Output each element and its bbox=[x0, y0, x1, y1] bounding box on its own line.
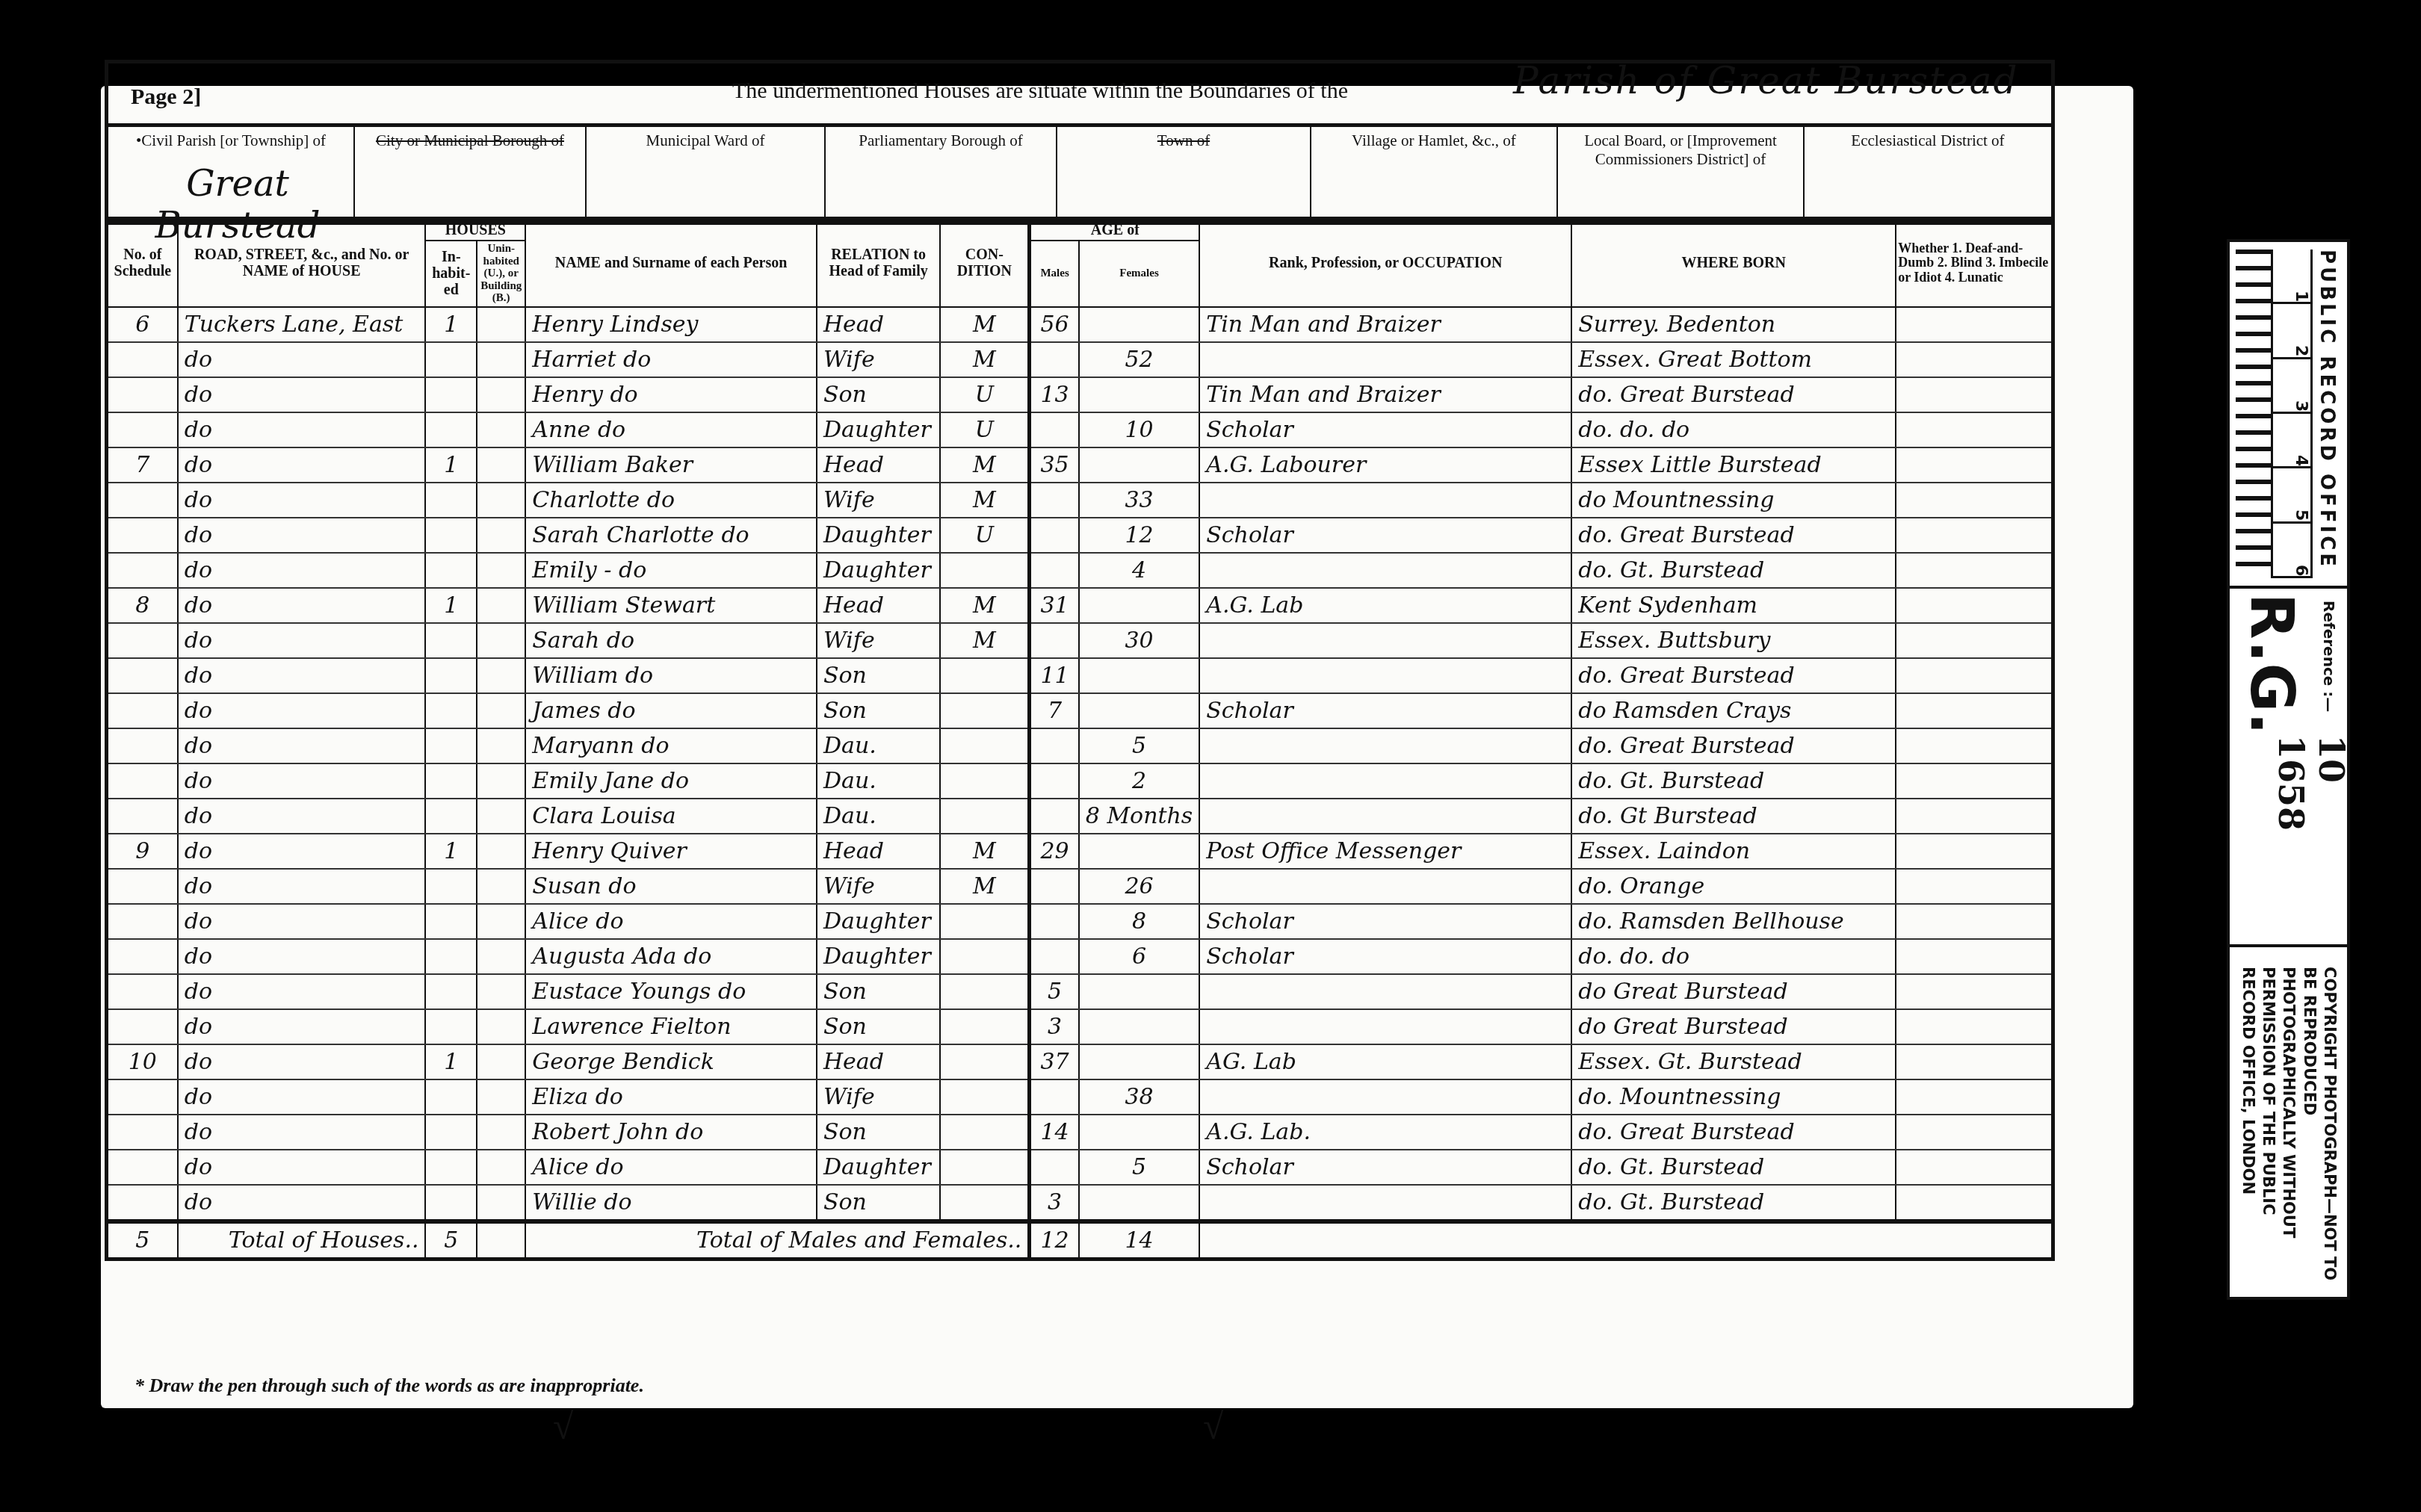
male-age: 35 bbox=[1030, 447, 1079, 483]
col-relation: RELATION to Head of Family bbox=[817, 219, 940, 307]
schedule-number bbox=[107, 799, 178, 834]
road-name: do bbox=[178, 799, 426, 834]
occupation: Scholar bbox=[1199, 1150, 1571, 1185]
uninhabited-count bbox=[477, 869, 525, 904]
person-name: Lawrence Fielton bbox=[525, 1009, 817, 1044]
condition: M bbox=[940, 307, 1030, 342]
road-name: do bbox=[178, 1185, 426, 1221]
road-name: do bbox=[178, 1150, 426, 1185]
uninhabited-count bbox=[477, 763, 525, 799]
female-age: 33 bbox=[1079, 483, 1200, 518]
reference-block: R.G. Reference :— 10 1658 bbox=[2230, 586, 2347, 947]
infirmity bbox=[1896, 1009, 2053, 1044]
occupation: Scholar bbox=[1199, 693, 1571, 728]
relation: Daughter bbox=[817, 412, 940, 447]
local-board-label: Local Board, or [Improvement Commissione… bbox=[1558, 127, 1805, 220]
footnote: * Draw the pen through such of the words… bbox=[134, 1375, 644, 1397]
table-row: doEmily - doDaughter4do. Gt. Burstead bbox=[107, 553, 2053, 588]
person-name: Sarah Charlotte do bbox=[525, 518, 817, 553]
condition bbox=[940, 553, 1030, 588]
ruler-number: 6 bbox=[2273, 524, 2310, 578]
female-age: 5 bbox=[1079, 728, 1200, 763]
road-name: do bbox=[178, 518, 426, 553]
birthplace: Essex. Gt. Burstead bbox=[1571, 1044, 1896, 1079]
inhabited-count bbox=[425, 412, 477, 447]
inhabited-count bbox=[425, 904, 477, 939]
occupation bbox=[1199, 553, 1571, 588]
condition bbox=[940, 939, 1030, 974]
female-age: 4 bbox=[1079, 553, 1200, 588]
uninhabited-count bbox=[477, 1185, 525, 1221]
col-males: Males bbox=[1030, 241, 1079, 307]
uninhabited-count bbox=[477, 1115, 525, 1150]
condition: M bbox=[940, 342, 1030, 377]
male-age: 5 bbox=[1030, 974, 1079, 1009]
reference-series: R.G. bbox=[2237, 593, 2307, 735]
male-age bbox=[1030, 342, 1079, 377]
condition bbox=[940, 904, 1030, 939]
road-name: Tuckers Lane, East bbox=[178, 307, 426, 342]
road-name: do bbox=[178, 974, 426, 1009]
birthplace: Essex Little Burstead bbox=[1571, 447, 1896, 483]
occupation: Tin Man and Braizer bbox=[1199, 307, 1571, 342]
male-age: 3 bbox=[1030, 1185, 1079, 1221]
relation: Daughter bbox=[817, 939, 940, 974]
person-name: Emily Jane do bbox=[525, 763, 817, 799]
female-age: 38 bbox=[1079, 1079, 1200, 1115]
female-age bbox=[1079, 693, 1200, 728]
male-age bbox=[1030, 728, 1079, 763]
copyright-notice: COPYRIGHT PHOTOGRAPH—NOT TO BE REPRODUCE… bbox=[2230, 959, 2347, 1297]
road-name: do bbox=[178, 1009, 426, 1044]
occupation bbox=[1199, 342, 1571, 377]
inhabited-count bbox=[425, 763, 477, 799]
person-name: William Stewart bbox=[525, 588, 817, 623]
female-age: 26 bbox=[1079, 869, 1200, 904]
uninhabited-count bbox=[477, 623, 525, 658]
total-houses-inhabited: 5 bbox=[425, 1221, 477, 1260]
inhabited-count bbox=[425, 939, 477, 974]
table-row: doAnne doDaughterU10Scholardo. do. do bbox=[107, 412, 2053, 447]
uninhabited-count bbox=[477, 939, 525, 974]
inhabited-count bbox=[425, 728, 477, 763]
schedule-number bbox=[107, 869, 178, 904]
occupation: Scholar bbox=[1199, 518, 1571, 553]
col-road: ROAD, STREET, &c., and No. or NAME of HO… bbox=[178, 219, 426, 307]
occupation: Scholar bbox=[1199, 904, 1571, 939]
schedule-number bbox=[107, 939, 178, 974]
person-name: Henry do bbox=[525, 377, 817, 412]
female-age bbox=[1079, 1115, 1200, 1150]
female-age: 12 bbox=[1079, 518, 1200, 553]
total-persons-label: Total of Males and Females.. bbox=[525, 1221, 1030, 1260]
relation: Daughter bbox=[817, 1150, 940, 1185]
civil-parish-label: •Civil Parish [or Township] of bbox=[108, 131, 353, 150]
person-name: Maryann do bbox=[525, 728, 817, 763]
col-where-born: WHERE BORN bbox=[1571, 219, 1896, 307]
col-name: NAME and Surname of each Person bbox=[525, 219, 817, 307]
condition bbox=[940, 974, 1030, 1009]
table-row: doEliza doWife38do. Mountnessing bbox=[107, 1079, 2053, 1115]
relation: Head bbox=[817, 834, 940, 869]
male-age: 29 bbox=[1030, 834, 1079, 869]
occupation bbox=[1199, 1079, 1571, 1115]
birthplace: do. Mountnessing bbox=[1571, 1079, 1896, 1115]
person-name: Henry Quiver bbox=[525, 834, 817, 869]
female-age bbox=[1079, 307, 1200, 342]
table-row: doSarah Charlotte doDaughterU12Scholardo… bbox=[107, 518, 2053, 553]
boundary-caption: The undermentioned Houses are situate wi… bbox=[732, 78, 1348, 104]
condition: U bbox=[940, 412, 1030, 447]
person-name: Charlotte do bbox=[525, 483, 817, 518]
occupation bbox=[1199, 974, 1571, 1009]
ruler-tick-marks bbox=[2236, 250, 2273, 578]
road-name: do bbox=[178, 377, 426, 412]
schedule-number: 7 bbox=[107, 447, 178, 483]
male-age bbox=[1030, 518, 1079, 553]
uninhabited-count bbox=[477, 483, 525, 518]
male-age: 7 bbox=[1030, 693, 1079, 728]
condition: U bbox=[940, 518, 1030, 553]
col-condition: CON-DITION bbox=[940, 219, 1030, 307]
relation: Son bbox=[817, 974, 940, 1009]
schedule-number bbox=[107, 1150, 178, 1185]
uninhabited-count bbox=[477, 799, 525, 834]
schedule-number bbox=[107, 518, 178, 553]
table-row: doHenry doSonU13Tin Man and Braizerdo. G… bbox=[107, 377, 2053, 412]
birthplace: do. Gt. Burstead bbox=[1571, 1150, 1896, 1185]
table-row: doLawrence FieltonSon3do Great Burstead bbox=[107, 1009, 2053, 1044]
road-name: do bbox=[178, 447, 426, 483]
occupation: A.G. Lab. bbox=[1199, 1115, 1571, 1150]
boundary-handwritten: Parish of Great Burstead bbox=[1513, 59, 2019, 102]
condition bbox=[940, 1115, 1030, 1150]
relation: Dau. bbox=[817, 728, 940, 763]
male-age bbox=[1030, 869, 1079, 904]
total-schedules: 5 bbox=[107, 1221, 178, 1260]
total-females: 14 bbox=[1079, 1221, 1200, 1260]
relation: Son bbox=[817, 1185, 940, 1221]
schedule-number: 9 bbox=[107, 834, 178, 869]
infirmity bbox=[1896, 834, 2053, 869]
infirmity bbox=[1896, 447, 2053, 483]
birthplace: Essex. Buttsbury bbox=[1571, 623, 1896, 658]
table-row: doHarriet doWifeM52Essex. Great Bottom bbox=[107, 342, 2053, 377]
relation: Daughter bbox=[817, 518, 940, 553]
condition: M bbox=[940, 588, 1030, 623]
col-houses: HOUSES bbox=[425, 219, 525, 241]
female-age: 10 bbox=[1079, 412, 1200, 447]
schedule-number bbox=[107, 904, 178, 939]
occupation bbox=[1199, 763, 1571, 799]
uninhabited-count bbox=[477, 518, 525, 553]
reference-numbers: 10 1658 bbox=[2271, 735, 2352, 944]
uninhabited-count bbox=[477, 1079, 525, 1115]
infirmity bbox=[1896, 1044, 2053, 1079]
occupation bbox=[1199, 623, 1571, 658]
person-name: Harriet do bbox=[525, 342, 817, 377]
col-inhabited: In-habit-ed bbox=[425, 241, 477, 307]
male-age: 31 bbox=[1030, 588, 1079, 623]
infirmity bbox=[1896, 1079, 2053, 1115]
birthplace: do. Gt. Burstead bbox=[1571, 763, 1896, 799]
person-name: Robert John do bbox=[525, 1115, 817, 1150]
condition bbox=[940, 763, 1030, 799]
infirmity bbox=[1896, 483, 2053, 518]
relation: Wife bbox=[817, 342, 940, 377]
relation: Head bbox=[817, 447, 940, 483]
table-row: doAugusta Ada doDaughter6Scholardo. do. … bbox=[107, 939, 2053, 974]
table-row: doWilliam doSon11do. Great Burstead bbox=[107, 658, 2053, 693]
occupation: Tin Man and Braizer bbox=[1199, 377, 1571, 412]
male-age bbox=[1030, 483, 1079, 518]
uninhabited-count bbox=[477, 342, 525, 377]
uninhabited-count bbox=[477, 1150, 525, 1185]
total-uninhabited bbox=[477, 1221, 525, 1260]
ruler-number: 3 bbox=[2273, 359, 2310, 414]
female-age: 30 bbox=[1079, 623, 1200, 658]
male-age bbox=[1030, 763, 1079, 799]
birthplace: do. Great Burstead bbox=[1571, 658, 1896, 693]
table-row: doWillie doSon3do. Gt. Burstead bbox=[107, 1185, 2053, 1221]
occupation bbox=[1199, 799, 1571, 834]
infirmity bbox=[1896, 658, 2053, 693]
schedule-number bbox=[107, 483, 178, 518]
occupation: Scholar bbox=[1199, 939, 1571, 974]
occupation bbox=[1199, 1009, 1571, 1044]
total-males: 12 bbox=[1030, 1221, 1079, 1260]
birthplace: do. do. do bbox=[1571, 412, 1896, 447]
col-uninhabited: Unin-habited (U.), or Building (B.) bbox=[477, 241, 525, 307]
infirmity bbox=[1896, 728, 2053, 763]
table-row: 7do1William BakerHeadM35A.G. LabourerEss… bbox=[107, 447, 2053, 483]
check-mark-icon: √ bbox=[553, 1404, 573, 1448]
infirmity bbox=[1896, 1150, 2053, 1185]
village-label: Village or Hamlet, &c., of bbox=[1311, 127, 1558, 220]
schedule-number bbox=[107, 553, 178, 588]
occupation: Post Office Messenger bbox=[1199, 834, 1571, 869]
occupation bbox=[1199, 869, 1571, 904]
condition: M bbox=[940, 869, 1030, 904]
person-name: Anne do bbox=[525, 412, 817, 447]
inhabited-count bbox=[425, 342, 477, 377]
table-row: doClara LouisaDau.8 Monthsdo. Gt Burstea… bbox=[107, 799, 2053, 834]
male-age bbox=[1030, 623, 1079, 658]
infirmity bbox=[1896, 553, 2053, 588]
person-name: Augusta Ada do bbox=[525, 939, 817, 974]
uninhabited-count bbox=[477, 974, 525, 1009]
condition bbox=[940, 693, 1030, 728]
female-age bbox=[1079, 447, 1200, 483]
condition bbox=[940, 658, 1030, 693]
table-row: doMaryann doDau.5do. Great Burstead bbox=[107, 728, 2053, 763]
infirmity bbox=[1896, 799, 2053, 834]
table-row: doEmily Jane doDau.2do. Gt. Burstead bbox=[107, 763, 2053, 799]
schedule-number bbox=[107, 623, 178, 658]
inhabited-count bbox=[425, 1115, 477, 1150]
uninhabited-count bbox=[477, 588, 525, 623]
road-name: do bbox=[178, 693, 426, 728]
birthplace: do. Great Burstead bbox=[1571, 728, 1896, 763]
scale-ruler: 1 2 3 4 5 6 PUBLIC RECORD OFFICE bbox=[2230, 242, 2347, 589]
schedule-number bbox=[107, 1079, 178, 1115]
female-age bbox=[1079, 974, 1200, 1009]
occupation: A.G. Lab bbox=[1199, 588, 1571, 623]
infirmity bbox=[1896, 763, 2053, 799]
relation: Head bbox=[817, 588, 940, 623]
col-occupation: Rank, Profession, or OCCUPATION bbox=[1199, 219, 1571, 307]
male-age: 11 bbox=[1030, 658, 1079, 693]
road-name: do bbox=[178, 763, 426, 799]
inhabited-count: 1 bbox=[425, 834, 477, 869]
uninhabited-count bbox=[477, 553, 525, 588]
col-infirmity: Whether 1. Deaf-and-Dumb 2. Blind 3. Imb… bbox=[1896, 219, 2053, 307]
inhabited-count bbox=[425, 553, 477, 588]
inhabited-count: 1 bbox=[425, 307, 477, 342]
reference-folio: 1658 bbox=[2271, 735, 2311, 831]
road-name: do bbox=[178, 588, 426, 623]
condition bbox=[940, 728, 1030, 763]
male-age bbox=[1030, 939, 1079, 974]
infirmity bbox=[1896, 904, 2053, 939]
infirmity bbox=[1896, 974, 2053, 1009]
check-mark-icon: √ bbox=[1203, 1404, 1223, 1448]
person-name: William do bbox=[525, 658, 817, 693]
totals-blank bbox=[1199, 1221, 2053, 1260]
relation: Head bbox=[817, 307, 940, 342]
person-name: Emily - do bbox=[525, 553, 817, 588]
schedule-number bbox=[107, 1115, 178, 1150]
uninhabited-count bbox=[477, 834, 525, 869]
occupation bbox=[1199, 483, 1571, 518]
reference-label: Reference :— bbox=[2320, 601, 2338, 712]
uninhabited-count bbox=[477, 693, 525, 728]
schedule-number bbox=[107, 412, 178, 447]
totals-row: 5 Total of Houses.. 5 Total of Males and… bbox=[107, 1221, 2053, 1260]
person-name: Eliza do bbox=[525, 1079, 817, 1115]
birthplace: Essex. Laindon bbox=[1571, 834, 1896, 869]
relation: Head bbox=[817, 1044, 940, 1079]
relation: Dau. bbox=[817, 799, 940, 834]
occupation bbox=[1199, 1185, 1571, 1221]
person-name: George Bendick bbox=[525, 1044, 817, 1079]
parliamentary-borough-label: Parliamentary Borough of bbox=[826, 127, 1057, 220]
condition bbox=[940, 1009, 1030, 1044]
inhabited-count: 1 bbox=[425, 588, 477, 623]
uninhabited-count bbox=[477, 728, 525, 763]
uninhabited-count bbox=[477, 377, 525, 412]
schedule-number bbox=[107, 693, 178, 728]
male-age bbox=[1030, 412, 1079, 447]
relation: Son bbox=[817, 693, 940, 728]
inhabited-count bbox=[425, 377, 477, 412]
uninhabited-count bbox=[477, 1044, 525, 1079]
birthplace: do Great Burstead bbox=[1571, 974, 1896, 1009]
schedule-number bbox=[107, 728, 178, 763]
person-name: Henry Lindsey bbox=[525, 307, 817, 342]
person-name: Clara Louisa bbox=[525, 799, 817, 834]
table-row: doCharlotte doWifeM33do Mountnessing bbox=[107, 483, 2053, 518]
relation: Daughter bbox=[817, 553, 940, 588]
female-age bbox=[1079, 377, 1200, 412]
condition bbox=[940, 1185, 1030, 1221]
male-age: 56 bbox=[1030, 307, 1079, 342]
relation: Son bbox=[817, 1115, 940, 1150]
road-name: do bbox=[178, 1044, 426, 1079]
schedule-number: 8 bbox=[107, 588, 178, 623]
schedule-number: 6 bbox=[107, 307, 178, 342]
uninhabited-count bbox=[477, 412, 525, 447]
total-houses-label: Total of Houses.. bbox=[178, 1221, 426, 1260]
male-age: 3 bbox=[1030, 1009, 1079, 1044]
ruler-numbers: 1 2 3 4 5 6 bbox=[2271, 250, 2313, 578]
inhabited-count bbox=[425, 799, 477, 834]
infirmity bbox=[1896, 693, 2053, 728]
occupation bbox=[1199, 728, 1571, 763]
person-name: Willie do bbox=[525, 1185, 817, 1221]
infirmity bbox=[1896, 377, 2053, 412]
birthplace: do. Great Burstead bbox=[1571, 1115, 1896, 1150]
female-age bbox=[1079, 1044, 1200, 1079]
male-age bbox=[1030, 1150, 1079, 1185]
uninhabited-count bbox=[477, 447, 525, 483]
schedule-number bbox=[107, 974, 178, 1009]
male-age bbox=[1030, 904, 1079, 939]
public-record-office-strip: 1 2 3 4 5 6 PUBLIC RECORD OFFICE R.G. Re… bbox=[2227, 239, 2350, 1300]
birthplace: do. do. do bbox=[1571, 939, 1896, 974]
occupation: AG. Lab bbox=[1199, 1044, 1571, 1079]
infirmity bbox=[1896, 307, 2053, 342]
road-name: do bbox=[178, 728, 426, 763]
road-name: do bbox=[178, 939, 426, 974]
road-name: do bbox=[178, 834, 426, 869]
female-age: 8 Months bbox=[1079, 799, 1200, 834]
civil-parish-cell: •Civil Parish [or Township] of Great Bur… bbox=[108, 127, 355, 220]
relation: Dau. bbox=[817, 763, 940, 799]
female-age: 2 bbox=[1079, 763, 1200, 799]
condition bbox=[940, 1044, 1030, 1079]
infirmity bbox=[1896, 412, 2053, 447]
condition bbox=[940, 1079, 1030, 1115]
infirmity bbox=[1896, 1115, 2053, 1150]
female-age: 5 bbox=[1079, 1150, 1200, 1185]
condition: M bbox=[940, 623, 1030, 658]
road-name: do bbox=[178, 1115, 426, 1150]
road-name: do bbox=[178, 869, 426, 904]
uninhabited-count bbox=[477, 658, 525, 693]
table-row: doAlice doDaughter5Scholardo. Gt. Burste… bbox=[107, 1150, 2053, 1185]
occupation bbox=[1199, 658, 1571, 693]
inhabited-count bbox=[425, 623, 477, 658]
female-age: 6 bbox=[1079, 939, 1200, 974]
table-row: doSarah doWifeM30Essex. Buttsbury bbox=[107, 623, 2053, 658]
table-row: doEustace Youngs doSon5do Great Burstead bbox=[107, 974, 2053, 1009]
birthplace: do Mountnessing bbox=[1571, 483, 1896, 518]
male-age bbox=[1030, 1079, 1079, 1115]
occupation: Scholar bbox=[1199, 412, 1571, 447]
inhabited-count bbox=[425, 1185, 477, 1221]
birthplace: do. Ramsden Bellhouse bbox=[1571, 904, 1896, 939]
birthplace: Surrey. Bedenton bbox=[1571, 307, 1896, 342]
infirmity bbox=[1896, 1185, 2053, 1221]
uninhabited-count bbox=[477, 904, 525, 939]
birthplace: do Great Burstead bbox=[1571, 1009, 1896, 1044]
female-age bbox=[1079, 834, 1200, 869]
relation: Son bbox=[817, 377, 940, 412]
female-age: 52 bbox=[1079, 342, 1200, 377]
occupation: A.G. Labourer bbox=[1199, 447, 1571, 483]
road-name: do bbox=[178, 553, 426, 588]
